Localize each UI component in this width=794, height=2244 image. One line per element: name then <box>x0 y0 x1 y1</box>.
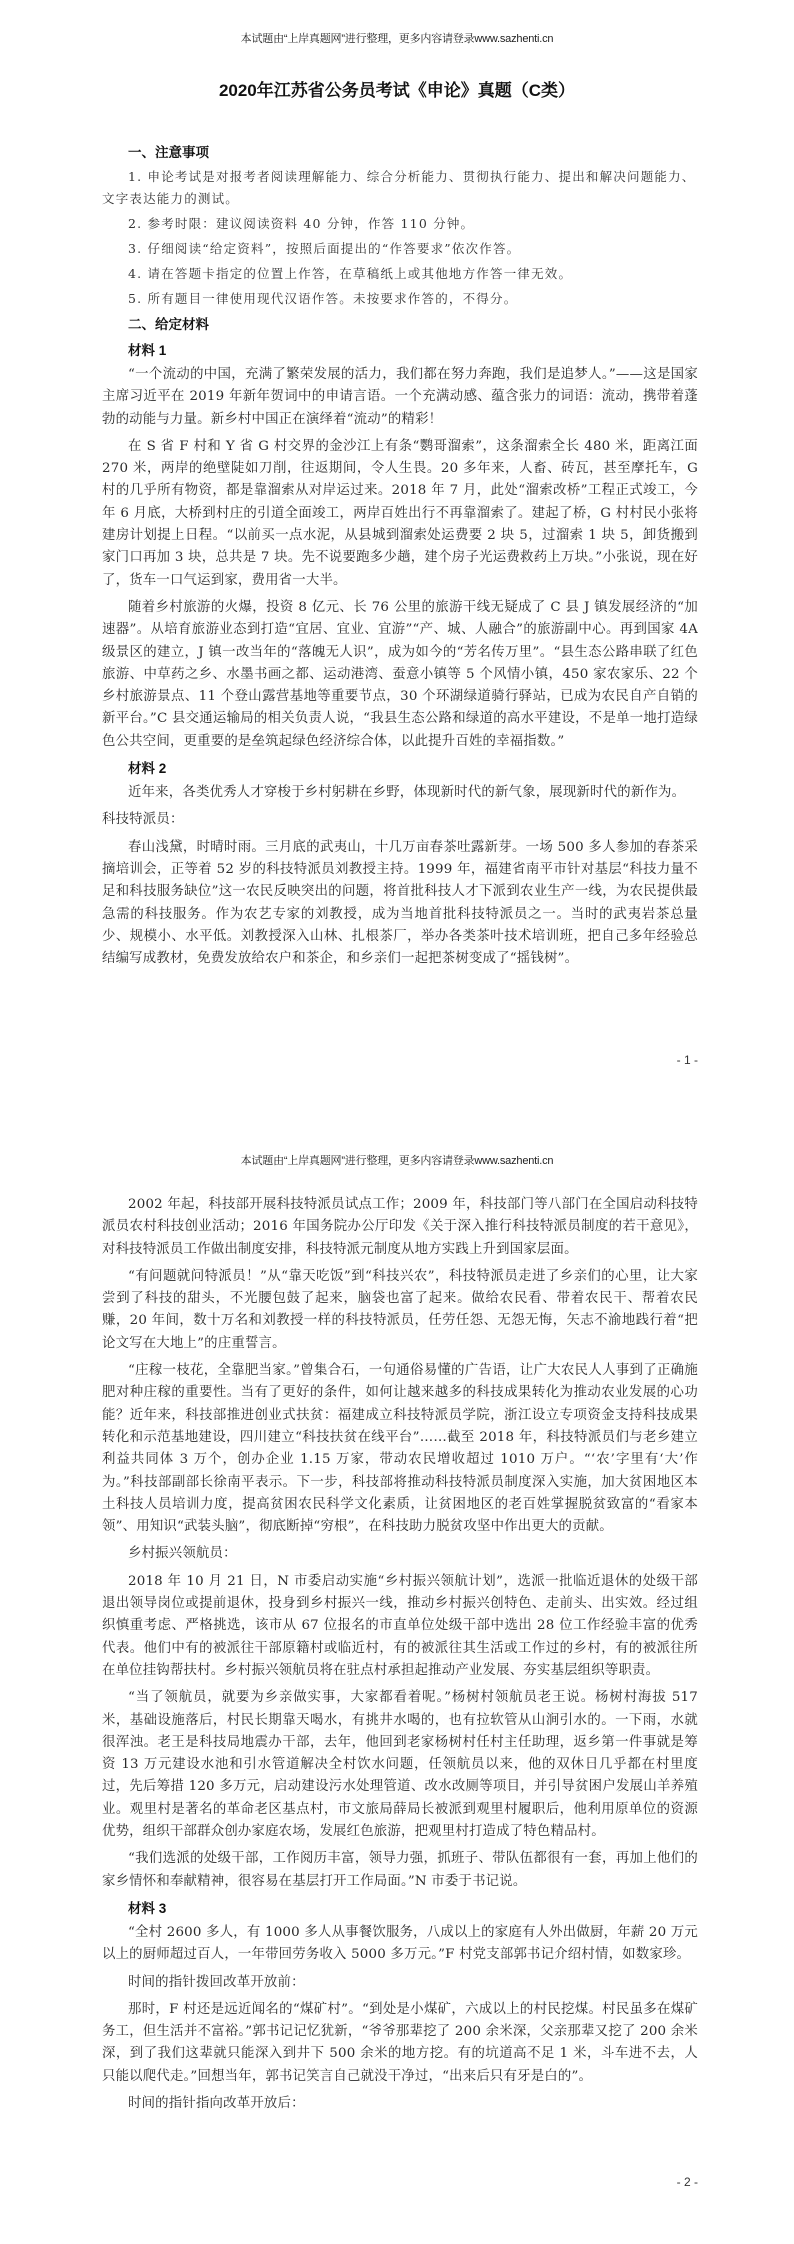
material-2-paragraph: 2018 年 10 月 21 日，N 市委启动实施“乡村振兴领航计划”，选派一批… <box>102 1571 698 1682</box>
material-3-paragraph: 时间的指针指向改革开放后： <box>102 2093 698 2115</box>
material-2-paragraph: “当了领航员，就要为乡亲做实事，大家都看着呢。”杨树村领航员老王说。杨树村海拔 … <box>102 1687 698 1843</box>
page-2: 本试题由“上岸真题网”进行整理，更多内容请登录www.sazhenti.cn 2… <box>0 1122 794 2244</box>
subheading-tech-commissioner: 科技特派员： <box>102 809 698 831</box>
notice-item: 1. 申论考试是对报考者阅读理解能力、综合分析能力、贯彻执行能力、提出和解决问题… <box>102 166 698 210</box>
notice-item: 4. 请在答题卡指定的位置上作答，在草稿纸上或其他地方作答一律无效。 <box>102 263 698 285</box>
material-1-paragraph: 在 S 省 F 村和 Y 省 G 村交界的金沙江上有条“鹦哥溜索”，这条溜索全长… <box>102 436 698 592</box>
document-title: 2020年江苏省公务员考试《申论》真题（C类） <box>0 76 794 101</box>
page-2-content: 2002 年起，科技部开展科技特派员试点工作；2009 年，科技部门等八部门在全… <box>102 1194 698 2120</box>
material-2-paragraph: “我们选派的处级干部，工作阅历丰富，领导力强，抓班子、带队伍都很有一套，再加上他… <box>102 1848 698 1893</box>
page-number: - 2 - <box>677 2175 698 2189</box>
material-2-paragraph: “庄稼一枝花，全靠肥当家。”曾集合石，一句通俗易懂的广告语，让广大农民人人事到了… <box>102 1360 698 1538</box>
page-1: 本试题由“上岸真题网”进行整理，更多内容请登录www.sazhenti.cn 2… <box>0 0 794 1122</box>
material-2-intro: 近年来，各类优秀人才穿梭于乡村躬耕在乡野，体现新时代的新气象，展现新时代的新作为… <box>102 782 698 804</box>
material-3-paragraph: 时间的指针拨回改革开放前： <box>102 1972 698 1994</box>
material-1-paragraph: “一个流动的中国，充满了繁荣发展的活力，我们都在努力奔跑，我们是追梦人。”——这… <box>102 364 698 431</box>
watermark-header: 本试题由“上岸真题网”进行整理，更多内容请登录www.sazhenti.cn <box>0 30 794 46</box>
section-heading-materials: 二、给定材料 <box>102 314 698 336</box>
notice-item: 3. 仔细阅读“给定资料”，按照后面提出的“作答要求”依次作答。 <box>102 238 698 260</box>
page-1-content: 一、注意事项 1. 申论考试是对报考者阅读理解能力、综合分析能力、贯彻执行能力、… <box>102 138 698 975</box>
material-2-paragraph: 2002 年起，科技部开展科技特派员试点工作；2009 年，科技部门等八部门在全… <box>102 1194 698 1261</box>
material-2-paragraph: 春山浅黛，时晴时雨。三月底的武夷山，十几万亩春茶吐露新芽。一场 500 多人参加… <box>102 837 698 971</box>
material-2-heading: 材料 2 <box>102 758 698 780</box>
section-heading-notices: 一、注意事项 <box>102 142 698 164</box>
watermark-header: 本试题由“上岸真题网”进行整理，更多内容请登录www.sazhenti.cn <box>0 1152 794 1168</box>
material-3-paragraph: “全村 2600 多人，有 1000 多人从事餐饮服务，八成以上的家庭有人外出做… <box>102 1922 698 1967</box>
material-2-paragraph: “有问题就问特派员！”从“靠天吃饭”到“科技兴农”，科技特派员走进了乡亲们的心里… <box>102 1266 698 1355</box>
material-3-paragraph: 那时，F 村还是远近闻名的“煤矿村”。“到处是小煤矿，六成以上的村民挖煤。村民虽… <box>102 1999 698 2088</box>
material-1-heading: 材料 1 <box>102 340 698 362</box>
subheading-rural-navigator: 乡村振兴领航员： <box>102 1543 698 1565</box>
material-1-paragraph: 随着乡村旅游的火爆，投资 8 亿元、长 76 公里的旅游干线无疑成了 C 县 J… <box>102 597 698 753</box>
page-number: - 1 - <box>677 1053 698 1067</box>
material-3-heading: 材料 3 <box>102 1898 698 1920</box>
notice-item: 5. 所有题目一律使用现代汉语作答。未按要求作答的，不得分。 <box>102 288 698 310</box>
notice-item: 2. 参考时限：建议阅读资料 40 分钟，作答 110 分钟。 <box>102 213 698 235</box>
